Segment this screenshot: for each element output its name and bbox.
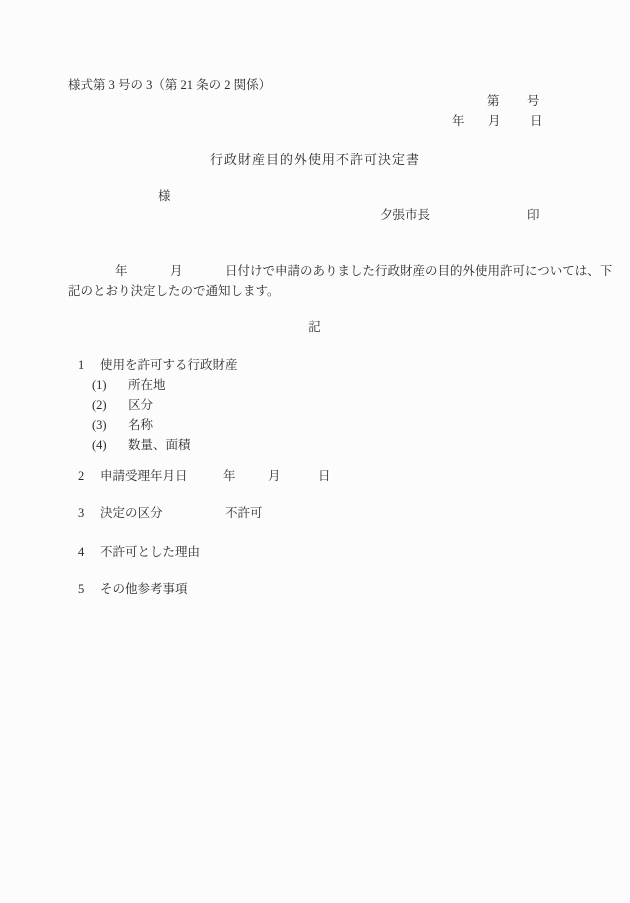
seal-mark: 印: [527, 209, 540, 222]
section-2-label: 申請受理年月日: [100, 470, 188, 483]
body-line2-text: 記のとおり決定したので通知します。: [68, 285, 280, 298]
separator-ki: 記: [0, 321, 630, 334]
subitem-4-number: (4): [92, 439, 107, 452]
section-5-number: 5: [78, 583, 84, 596]
doc-number-suffix: 号: [527, 95, 540, 108]
section-1-number: 1: [78, 359, 84, 372]
form-code: 様式第 3 号の 3（第 21 条の 2 関係）: [68, 79, 271, 92]
subitem-3-number: (3): [92, 419, 107, 432]
doc-number-prefix: 第: [487, 95, 500, 108]
issuer-name: 夕張市長: [380, 209, 430, 222]
section-5-label: その他参考事項: [100, 583, 188, 596]
section-1-label: 使用を許可する行政財産: [100, 359, 238, 372]
issue-date-year-label: 年: [452, 115, 465, 128]
section-4-number: 4: [78, 546, 84, 559]
subitem-4-label: 数量、面積: [128, 439, 191, 452]
addressee-honorific: 様: [158, 190, 171, 203]
section-2-day-label: 日: [318, 470, 331, 483]
section-3-value: 不許可: [225, 507, 263, 520]
subitem-1-label: 所在地: [128, 379, 166, 392]
body-line1-text: 日付けで申請のありました行政財産の目的外使用許可については、下: [225, 265, 612, 278]
subitem-2-label: 区分: [128, 399, 153, 412]
subitem-1-number: (1): [92, 379, 107, 392]
section-3-label: 決定の区分: [100, 507, 163, 520]
document-title: 行政財産目的外使用不許可決定書: [0, 153, 630, 166]
section-2-year-label: 年: [223, 470, 236, 483]
issue-date-month-label: 月: [488, 115, 501, 128]
body-month-label: 月: [170, 265, 183, 278]
section-2-month-label: 月: [268, 470, 281, 483]
body-year-label: 年: [115, 265, 128, 278]
subitem-3-label: 名称: [128, 419, 153, 432]
section-4-label: 不許可とした理由: [100, 546, 200, 559]
subitem-2-number: (2): [92, 399, 107, 412]
document-page: 様式第 3 号の 3（第 21 条の 2 関係） 第 号 年 月 日 行政財産目…: [0, 0, 630, 903]
section-3-number: 3: [78, 507, 84, 520]
section-2-number: 2: [78, 470, 84, 483]
issue-date-day-label: 日: [530, 115, 543, 128]
